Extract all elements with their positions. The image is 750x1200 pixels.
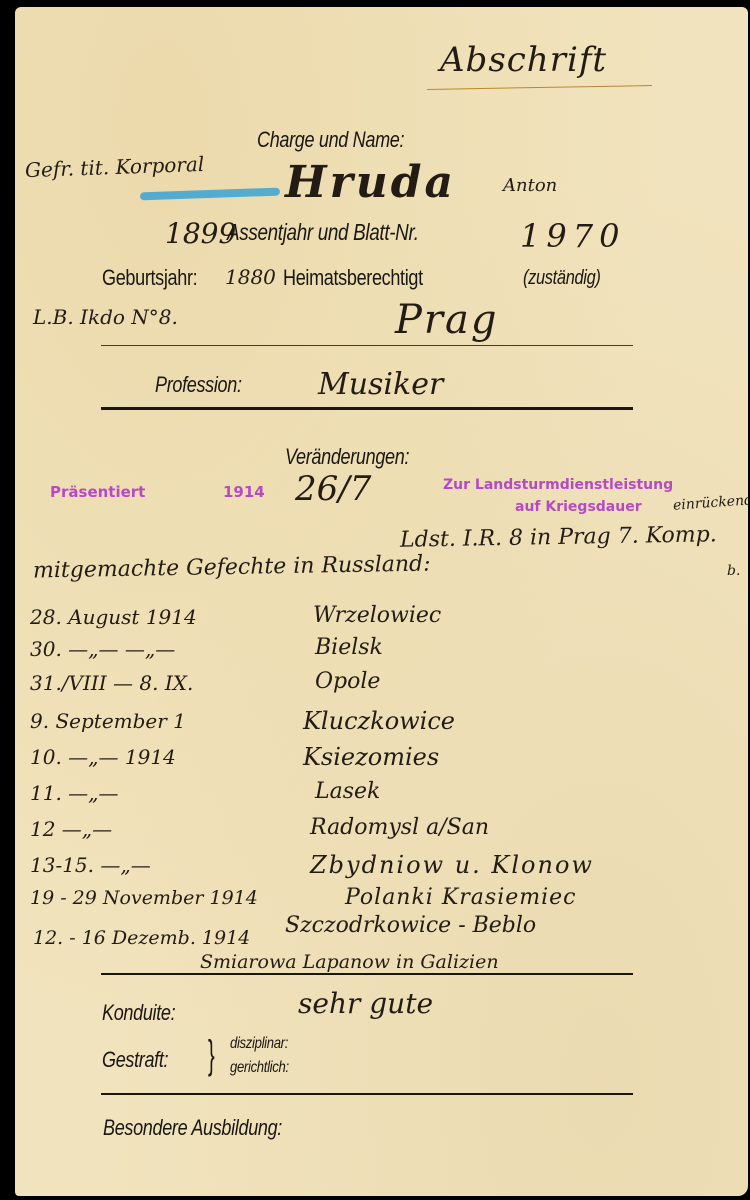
punished-judicial: gerichtlich: bbox=[230, 1059, 289, 1077]
copy-annotation: Abschrift bbox=[440, 40, 607, 80]
rank-handwritten: Gefr. tit. Korporal bbox=[25, 152, 205, 182]
birth-year-label: Geburtsjahr: bbox=[102, 265, 197, 291]
home-note: (zuständig) bbox=[523, 267, 601, 290]
change-date: 26/7 bbox=[295, 469, 371, 509]
birth-year: 1880 bbox=[225, 265, 276, 289]
presented-stamp: Präsentiert bbox=[50, 483, 145, 501]
service-stamp-line2: auf Kriegsdauer bbox=[515, 499, 642, 515]
battles-intro: mitgemachte Gefechte in Russland: bbox=[33, 552, 431, 584]
side-note: L.B. Ikdo N°8. bbox=[33, 305, 178, 329]
unit-assignment: Ldst. I.R. 8 in Prag 7. Komp. bbox=[400, 522, 717, 553]
battle-date: 13-15. —„— bbox=[30, 853, 151, 877]
battle-place: Zbydniow u. Klonow bbox=[310, 851, 594, 879]
punished-rule bbox=[101, 1093, 633, 1095]
battle-place: Opole bbox=[315, 669, 380, 694]
battle-date: 12. - 16 Dezemb. 1914 bbox=[33, 927, 250, 949]
assent-year: 1899 bbox=[165, 217, 236, 250]
battle-date: 10. —„— 1914 bbox=[30, 745, 176, 769]
profession-rule bbox=[101, 407, 633, 410]
battle-place: Smiarowa Lapanow in Galizien bbox=[200, 951, 499, 973]
battle-date: 31./VIII — 8. IX. bbox=[30, 671, 193, 695]
battle-place: Lasek bbox=[315, 779, 380, 804]
home-label: Heimatsberechtigt bbox=[283, 265, 423, 291]
year-stamp: 1914 bbox=[223, 483, 265, 501]
battle-place: Kluczkowice bbox=[303, 707, 455, 735]
conduct-value: sehr gute bbox=[298, 987, 433, 1020]
copy-annotation-underline bbox=[427, 85, 652, 90]
special-training-label: Besondere Ausbildung: bbox=[103, 1115, 282, 1141]
charge-name-label: Charge und Name: bbox=[257, 127, 404, 153]
battle-date: 12 —„— bbox=[30, 817, 112, 841]
battle-date: 30. —„— —„— bbox=[30, 637, 175, 661]
battle-date: 9. September 1 bbox=[30, 709, 186, 733]
sheet-number: 1970 bbox=[520, 217, 625, 255]
battle-place: Bielsk bbox=[315, 635, 383, 660]
battle-place: Polanki Krasiemiec bbox=[345, 885, 577, 910]
changes-label: Veränderungen: bbox=[285, 444, 409, 470]
surname: Hruda bbox=[285, 157, 456, 208]
home-rule bbox=[101, 345, 633, 346]
battle-date: 19 - 29 November 1914 bbox=[30, 887, 258, 909]
conduct-label: Konduite: bbox=[102, 1000, 175, 1026]
battle-place: Wrzelowiec bbox=[313, 603, 441, 628]
assignment-suffix: einrückend bbox=[673, 492, 748, 514]
changes-rule bbox=[101, 973, 633, 975]
assent-label: Assentjahr und Blatt-Nr. bbox=[227, 219, 419, 246]
profession-label: Profession: bbox=[155, 372, 242, 398]
record-card: Abschrift Charge und Name: Gefr. tit. Ko… bbox=[15, 7, 748, 1196]
punished-disciplinary: disziplinar: bbox=[230, 1035, 288, 1053]
given-name: Anton bbox=[503, 175, 557, 196]
unit-tail: b. bbox=[727, 563, 740, 579]
punished-label: Gestraft: bbox=[102, 1047, 168, 1073]
punished-brace: } bbox=[208, 1033, 214, 1078]
home-place: Prag bbox=[395, 297, 499, 343]
battle-date: 28. August 1914 bbox=[30, 605, 197, 629]
battle-place: Szczodrkowice - Beblo bbox=[285, 913, 536, 938]
blue-pencil-mark bbox=[140, 188, 280, 201]
battle-date: 11. —„— bbox=[30, 781, 119, 805]
service-stamp-line1: Zur Landsturmdienstleistung bbox=[443, 477, 673, 493]
battle-place: Ksiezomies bbox=[303, 743, 439, 771]
profession-value: Musiker bbox=[318, 367, 443, 402]
battle-place: Radomysl a/San bbox=[310, 815, 489, 840]
